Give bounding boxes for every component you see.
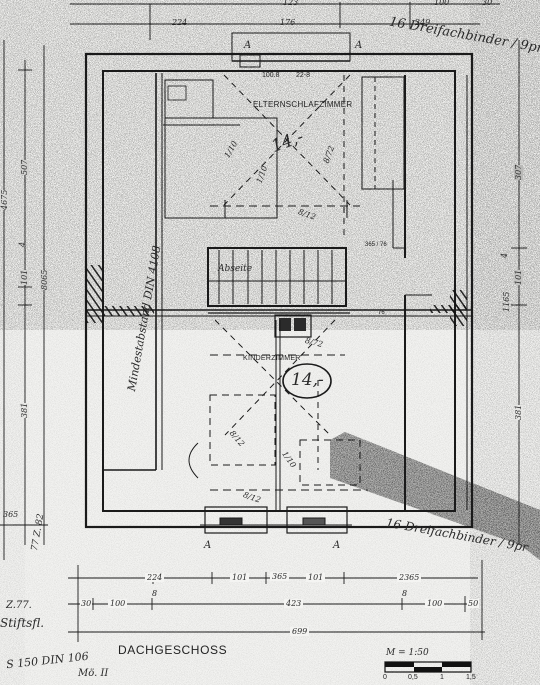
dim-right-2: 4 <box>500 253 509 258</box>
dim-left-4: 8065 <box>40 270 49 290</box>
note-bottom-left-1: Z.77. <box>6 600 32 611</box>
note-bottom-left-2: Stiftsfl. <box>0 616 44 630</box>
scale-label: M = 1:50 <box>386 648 429 658</box>
dim-top-2-a: 224 <box>172 18 187 27</box>
dim-bottom-3-a: 699 <box>290 627 309 636</box>
scale-tick-1: 0,5 <box>408 674 418 681</box>
section-mark-4: A <box>333 540 340 551</box>
room-label-abseite: Abseite <box>218 264 252 274</box>
dim-top-1-b: 100 <box>434 0 449 7</box>
dim-bottom-1-e: 2365 <box>397 573 421 582</box>
dim-left-2: 4 <box>18 242 27 247</box>
dim-left-1: 507 <box>20 160 29 175</box>
window-annotation-2: 22-8 <box>296 72 310 79</box>
stair-note-1: 365 / 76 <box>365 242 387 248</box>
dim-bottom-2-a: 30 <box>80 599 92 608</box>
area-label-child: 14,- <box>291 370 324 390</box>
dim-right-1: 307 <box>514 165 523 180</box>
dim-bottom-1-a: 224 <box>145 573 164 582</box>
dim-right-5: 381 <box>514 405 523 420</box>
dim-top-1-c: 30 <box>482 0 492 7</box>
scale-tick-3: 1,5 <box>466 674 476 681</box>
dim-bottom-2-d: 423 <box>284 599 303 608</box>
room-label-child: KINDERZIMMER <box>243 355 301 362</box>
dim-bottom-1-c: 365 <box>270 572 289 581</box>
dim-bottom-2-e: 8 <box>402 589 407 598</box>
dim-right-3: 101 <box>514 270 523 285</box>
section-mark-1: A <box>244 40 251 51</box>
dim-bottom-2-b: 100 <box>108 599 127 608</box>
dim-left-5: 381 <box>20 403 29 418</box>
dim-left-3: 101 <box>20 270 29 285</box>
dim-left-outer: 4675 <box>0 190 9 210</box>
section-mark-2: A <box>355 40 362 51</box>
window-annotation-1: 100.8 <box>262 72 280 79</box>
room-label-parents: ELTERNSCHLAFZIMMER <box>253 100 352 109</box>
dim-top-1-a: 123 <box>283 0 298 7</box>
dim-bottom-1-b: 101 <box>230 573 249 582</box>
stair-note-2: 76 <box>378 310 385 316</box>
dim-left-6: 365 <box>3 510 18 519</box>
dim-bottom-2-g: 50 <box>467 599 479 608</box>
dim-bottom-2-f: 100 <box>425 599 444 608</box>
scale-tick-2: 1 <box>440 674 444 681</box>
dim-top-2-b: 176 <box>280 18 295 27</box>
dim-bottom-1-d: 101 <box>306 573 325 582</box>
dim-bottom-2-c: 8 <box>152 589 157 598</box>
scale-tick-0: 0 <box>383 674 387 681</box>
dim-top-2-c: 249 <box>415 18 430 27</box>
dim-right-4: 1165 <box>502 292 511 312</box>
note-bottom-left-4: Mö. II <box>78 668 108 679</box>
drawing-title: DACHGESCHOSS <box>118 643 227 657</box>
floor-plan-drawing: ELTERNSCHLAFZIMMER KINDERZIMMER Abseite … <box>0 0 540 685</box>
section-mark-3: A <box>204 540 211 551</box>
